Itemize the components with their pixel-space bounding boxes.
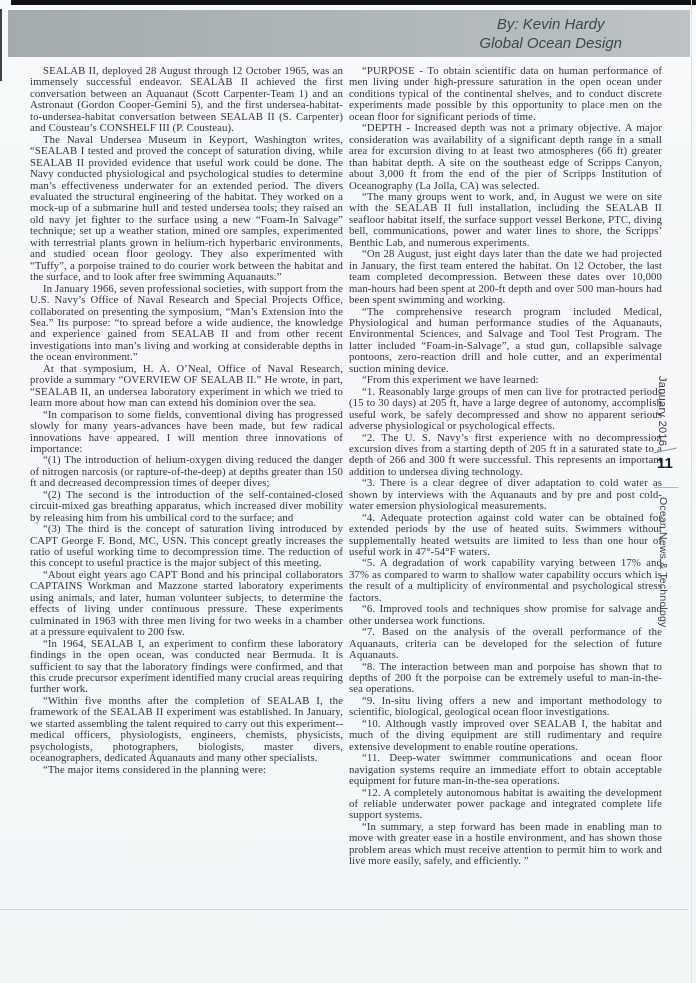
article-paragraph: “In summary, a step forward has been mad… xyxy=(349,822,662,868)
scanned-page: By: Kevin Hardy Global Ocean Design SEAL… xyxy=(0,0,696,983)
scan-left-edge xyxy=(0,9,2,81)
article-right-column: “PURPOSE - To obtain scientific data on … xyxy=(349,66,662,868)
article-paragraph: “The many groups went to work, and, in A… xyxy=(349,192,662,249)
article-paragraph: “6. Improved tools and techniques show p… xyxy=(349,604,662,627)
article-paragraph: “DEPTH - Increased depth was not a prima… xyxy=(349,123,662,192)
scan-top-edge xyxy=(11,0,696,5)
article-paragraph: “(1) The introduction of helium-oxygen d… xyxy=(30,455,343,489)
publication-name: Ocean News & Technology xyxy=(657,497,669,627)
article-paragraph: “(2) The second is the introduction of t… xyxy=(30,490,343,524)
article-paragraph: “12. A completely autonomous habitat is … xyxy=(349,788,662,822)
article-body: SEALAB II, deployed 28 August through 12… xyxy=(30,66,662,868)
article-paragraph: “On 28 August, just eight days later tha… xyxy=(349,249,662,306)
article-paragraph: At that symposium, H. A. O’Neal, Office … xyxy=(30,364,343,410)
article-paragraph: “PURPOSE - To obtain scientific data on … xyxy=(349,66,662,123)
article-paragraph: “5. A degradation of work capability var… xyxy=(349,558,662,604)
article-paragraph: “The major items considered in the plann… xyxy=(30,765,343,776)
article-paragraph: “2. The U. S. Navy’s first experience wi… xyxy=(349,433,662,479)
article-paragraph: “About eight years ago CAPT Bond and his… xyxy=(30,570,343,639)
article-paragraph: “9. In-situ living offers a new and impo… xyxy=(349,696,662,719)
byline-company: Global Ocean Design xyxy=(479,34,622,53)
article-paragraph: “The comprehensive research program incl… xyxy=(349,307,662,376)
article-paragraph: “In 1964, SEALAB I, an experiment to con… xyxy=(30,639,343,696)
article-paragraph: “11. Deep-water swimmer communications a… xyxy=(349,753,662,787)
byline-author: By: Kevin Hardy xyxy=(479,15,622,34)
article-paragraph: “10. Although vastly improved over SEALA… xyxy=(349,719,662,753)
issue-date: January 2016 xyxy=(656,376,668,446)
article-paragraph: “1. Reasonably large groups of men can l… xyxy=(349,387,662,433)
article-paragraph: “From this experiment we have learned: xyxy=(349,375,662,386)
article-paragraph: “8. The interaction between man and porp… xyxy=(349,662,662,696)
article-paragraph: In January 1966, seven professional soci… xyxy=(30,284,343,364)
article-paragraph: The Naval Undersea Museum in Keyport, Wa… xyxy=(30,135,343,284)
scan-bottom-line xyxy=(0,909,688,910)
article-paragraph: “Within five months after the completion… xyxy=(30,696,343,765)
header-band: By: Kevin Hardy Global Ocean Design xyxy=(8,10,690,57)
article-left-column: SEALAB II, deployed 28 August through 12… xyxy=(30,66,343,868)
page-number: 11 xyxy=(657,455,673,472)
article-paragraph: “(3) The third is the concept of saturat… xyxy=(30,524,343,570)
article-paragraph: “3. There is a clear degree of diver ada… xyxy=(349,478,662,512)
article-paragraph: “4. Adequate protection against cold wat… xyxy=(349,513,662,559)
sidebar-divider xyxy=(654,487,678,488)
scan-right-edge xyxy=(691,0,692,983)
article-paragraph: “7. Based on the analysis of the overall… xyxy=(349,627,662,661)
article-paragraph: “In comparison to some fields, conventio… xyxy=(30,410,343,456)
article-paragraph: SEALAB II, deployed 28 August through 12… xyxy=(30,66,343,135)
byline: By: Kevin Hardy Global Ocean Design xyxy=(479,15,622,53)
